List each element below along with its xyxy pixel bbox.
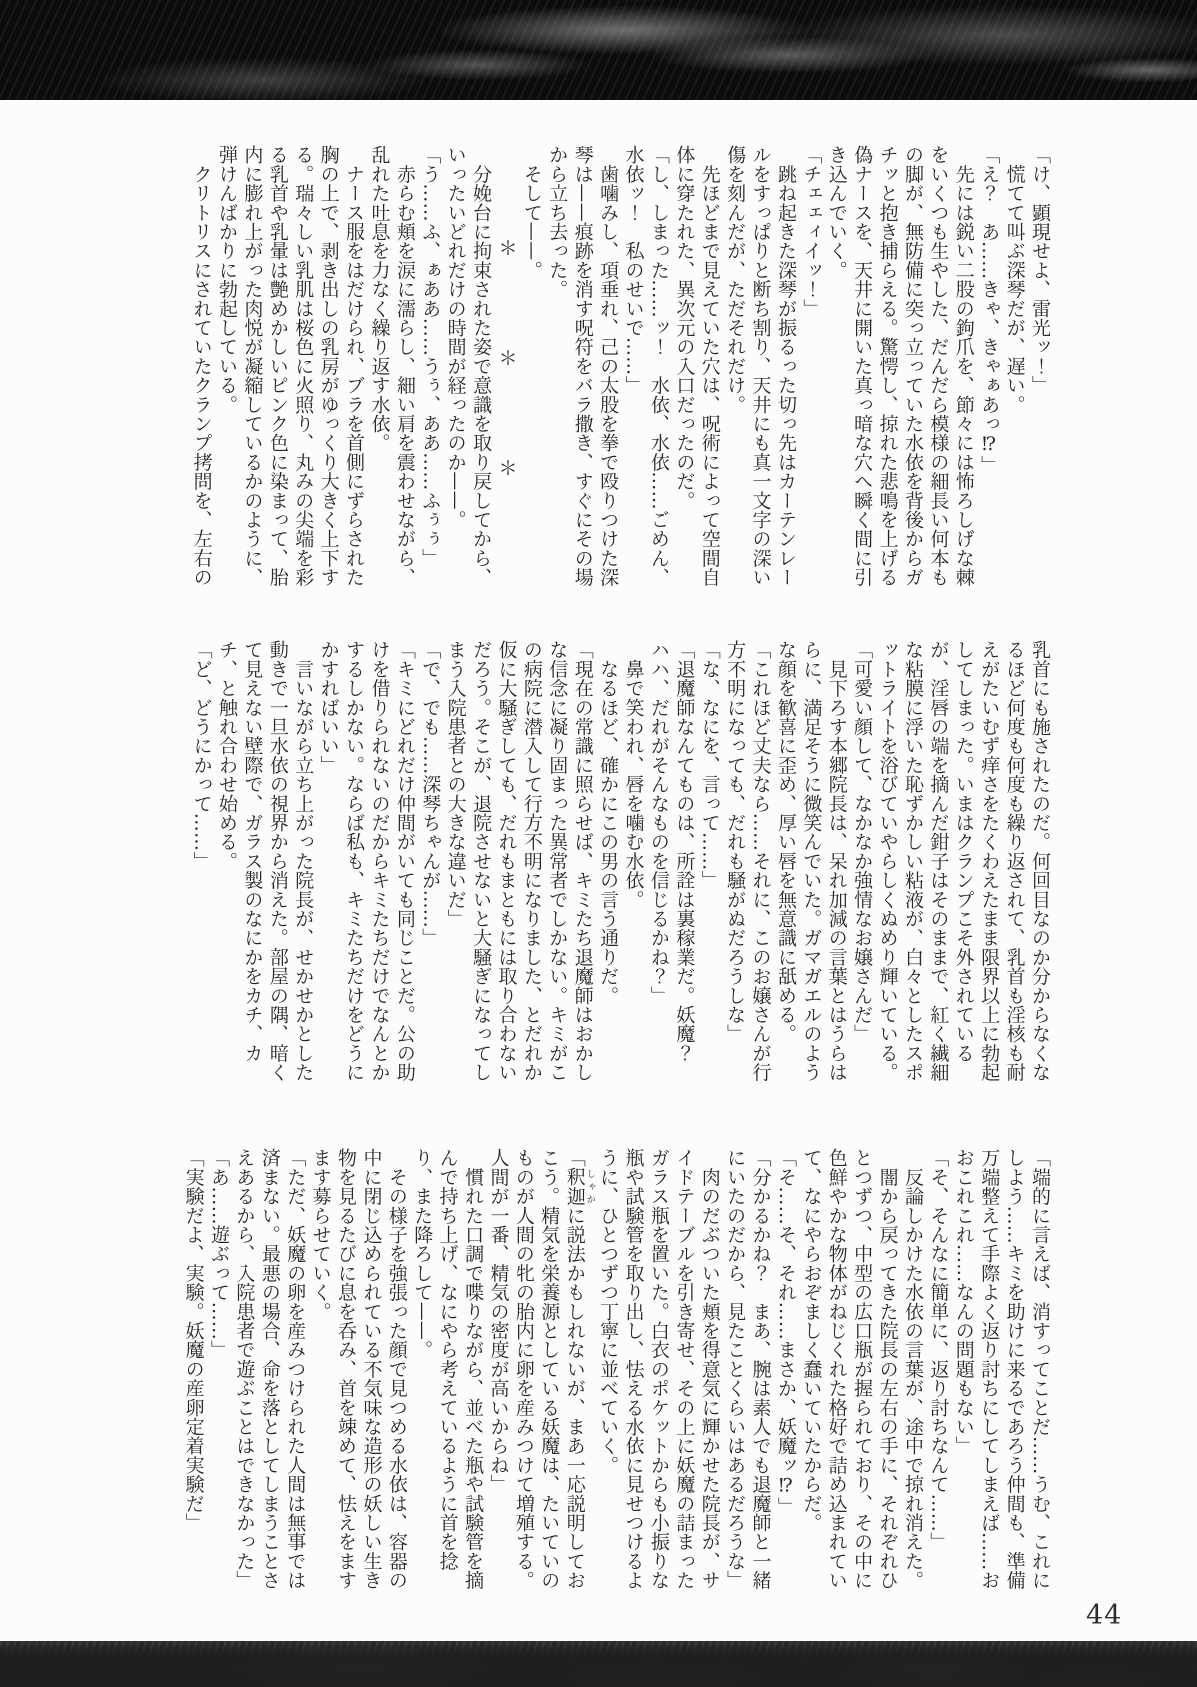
scene-break-separator: ＊ ＊ ＊ [493, 145, 518, 605]
paragraph: 「ど、どうにかって……」 [188, 640, 213, 1100]
paragraph: 「そ、そんなに簡単に、返り討ちなんて……」 [925, 1148, 950, 1608]
paragraph: 「え？ あ……きゃ、きゃぁあっ⁉」 [976, 145, 1001, 605]
page-top-decoration [0, 0, 1197, 100]
paragraph: 言いながら立ち上がった院長が、せかせかとした動きで一旦水依の視界から消えた。部屋… [214, 640, 316, 1100]
page-number: 44 [1086, 1600, 1122, 1631]
paragraph: 肉のだぶついた頬を得意気に輝かせた院長が、サイドテーブルを引き寄せ、その上に妖魔… [595, 1148, 722, 1608]
paragraph: なるほど、確かにこの男の言う通りだ。 [595, 640, 620, 1100]
text-band-2: 乳首にも施されたのだ。何回目なのか分からなくなるほど何度も何度も繰り返されて、乳… [188, 640, 1052, 1100]
paragraph: 「端的に言えば、消すってことだ……うむ、これにしよう……キミを助けに来るであろう… [950, 1148, 1052, 1608]
paragraph: 先には鋭い二股の鉤爪を、節々には怖ろしげな棘をいくつも生やした、だんだら模様の細… [823, 145, 975, 605]
paragraph: 跳ね起きた深琴が振るった切っ先はカーテンレールをすっぱりと断ち割り、天井にも真一… [722, 145, 798, 605]
paragraph: そして——。 [518, 145, 543, 605]
paragraph: 「あ……遊ぶって……」 [206, 1148, 231, 1608]
paragraph: 歯噛みし、項垂れ、己の太股を拳で殴りつけた深琴は——痕跡を消す呪符をバラ撒き、す… [544, 145, 620, 605]
paragraph: 「チェェィイッ！」 [798, 145, 823, 605]
paragraph: 「これほど丈夫なら……それに、このお嬢さんが行方不明になっても、だれも騒がぬだろ… [722, 640, 773, 1100]
page-bottom-decoration [0, 1641, 1197, 1687]
paragraph: 「け、顕現せよ、雷光ッ！」 [1027, 145, 1052, 605]
paragraph: 鼻で笑われ、唇を噛む水依。 [620, 640, 645, 1100]
paragraph: その様子を強張った顔で見つめる水依は、容器の中に閉じ込められている不気味な造形の… [307, 1148, 409, 1608]
text-band-3: 「端的に言えば、消すってことだ……うむ、これにしよう……キミを助けに来るであろう… [180, 1148, 1052, 1608]
paragraph: 「分かるかね？ まあ、腕は素人でも退魔師と一緒にいたのだから、見たことくらいはあ… [722, 1148, 773, 1608]
paragraph: 慣れた口調で喋りながら、並べた瓶や試験管を摘んで持ち上げ、なにやら考えているよう… [409, 1148, 485, 1608]
paragraph: 慌てて叫ぶ深琴だが、遅い。 [1001, 145, 1026, 605]
text-band-1: 「け、顕現せよ、雷光ッ！」 慌てて叫ぶ深琴だが、遅い。 「え？ あ……きゃ、きゃ… [188, 145, 1052, 605]
paragraph: 「釈迦しゃかに説法かもしれないが、まあ一応説明しておこう。精気を栄養源としている… [485, 1148, 595, 1608]
paragraph: 「現在の常識に照らせば、キミたち退魔師はおかしな信念に凝り固まった異常者でしかな… [442, 640, 594, 1100]
paragraph: 分娩台に拘束された姿で意識を取り戻してから、いったいどれだけの時間が経ったのか—… [442, 145, 493, 605]
book-page: 「け、顕現せよ、雷光ッ！」 慌てて叫ぶ深琴だが、遅い。 「え？ あ……きゃ、きゃ… [0, 0, 1197, 1687]
paragraph: 先ほどまで見えていた穴は、呪術によって空間自体に穿たれた、異次元の入口だったのだ… [671, 145, 722, 605]
paragraph: 「可愛い顔して、なかなか強情なお嬢さんだ」 [849, 640, 874, 1100]
paragraph: 闇から戻ってきた院長の左右の手に、それぞれひとつずつ、中型の広口瓶が握られており… [798, 1148, 900, 1608]
paragraph: 「ただ、妖魔の卵を産みつけられた人間は無事では済まない。最悪の場合、命を落として… [231, 1148, 307, 1608]
paragraph: 「う……ふ、ぁああ……うぅ、ああ……ふぅぅ」 [417, 145, 442, 605]
paragraph: ナース服をはだけられ、ブラを首側にずらされた胸の上で、剥き出しの乳房がゆっくり大… [214, 145, 366, 605]
paragraph: 乳首にも施されたのだ。何回目なのか分からなくなるほど何度も何度も繰り返されて、乳… [874, 640, 1052, 1100]
paragraph: 「そ……そ、それ……まさか、妖魔ッ⁉」 [773, 1148, 798, 1608]
paragraph: 「キミにどれだけ仲間がいても同じことだ。公の助けを借りられないのだからキミたちだ… [315, 640, 417, 1100]
paragraph: クリトリスにされていたクランプ拷問を、左右の [188, 145, 213, 605]
paragraph: 「で、でも……深琴ちゃんが……」 [417, 640, 442, 1100]
paragraph: 「し、しまった……ッ！ 水依、水依……ごめん、水依ッ！ 私のせいで……」 [620, 145, 671, 605]
paragraph: 見下ろす本郷院長は、呆れ加減の言葉とはうらはらに、満足そうに微笑んでいた。ガマガ… [773, 640, 849, 1100]
paragraph: 「な、なにを、言って……」 [696, 640, 721, 1100]
paragraph: 「退魔師なんてものは、所詮は裏稼業だ。妖魔？ ハハ、だれがそんなものを信じるかね… [646, 640, 697, 1100]
paragraph: 「実験だよ、実験。妖魔の産卵定着実験だ」 [180, 1148, 205, 1608]
paragraph: 赤らむ頬を涙に濡らし、細い肩を震わせながら、乱れた吐息を力なく繰り返す水依。 [366, 145, 417, 605]
paragraph: 反論しかけた水依の言葉が、途中で掠れ消えた。 [900, 1148, 925, 1608]
